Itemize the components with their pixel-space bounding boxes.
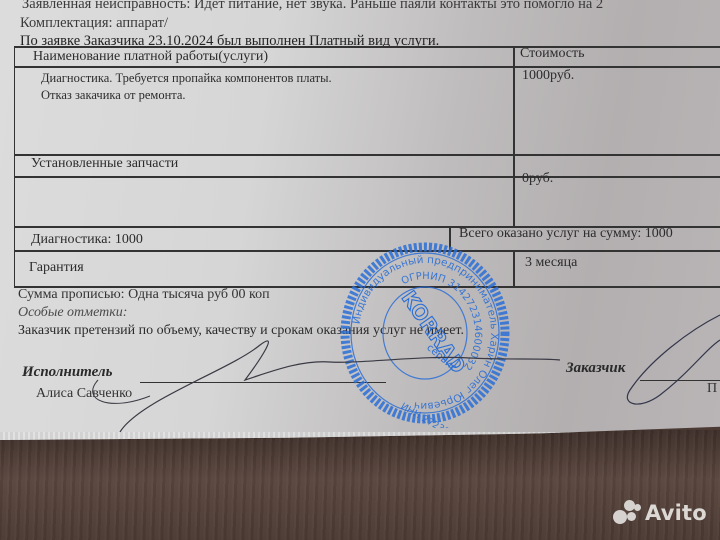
parts-header: Установленные запчасти: [31, 156, 178, 172]
warranty-label: Гарантия: [29, 260, 84, 276]
service-row-cost: 1000руб.: [522, 68, 574, 84]
avito-brand-text: Avito: [645, 501, 707, 525]
background-carpet: [0, 430, 720, 540]
service-row-name: Диагностика. Требуется пропайка компонен…: [41, 70, 361, 104]
company-stamp: Индивидуальный предприниматель Харин Оле…: [340, 238, 510, 428]
executor-name: Алиса Савченко: [36, 386, 132, 402]
avito-watermark: Avito: [613, 500, 707, 526]
stamp-brand: KORRAD: [397, 286, 471, 377]
column-header-cost: Стоимость: [520, 46, 585, 62]
service-receipt-document: Заявленная неисправность: Идет питание, …: [0, 0, 720, 440]
equipment-line: Комплектация: аппарат/: [20, 15, 168, 32]
summary-diagnostics: Диагностика: 1000: [31, 232, 143, 248]
special-notes-label: Особые отметки:: [18, 305, 127, 321]
warranty-value: 3 месяца: [525, 255, 577, 271]
column-header-service-name: Наименование платной работы(услуги): [33, 49, 268, 65]
avito-logo-icon: [613, 500, 641, 526]
customer-label: Заказчик: [566, 360, 625, 377]
sum-in-words: Сумма прописью: Одна тысяча руб 00 коп: [18, 287, 270, 303]
customer-name: П: [707, 381, 717, 397]
parts-row-cost: 0руб.: [522, 171, 553, 187]
declared-fault-line: Заявленная неисправность: Идет питание, …: [22, 0, 603, 13]
executor-label: Исполнитель: [22, 364, 112, 381]
